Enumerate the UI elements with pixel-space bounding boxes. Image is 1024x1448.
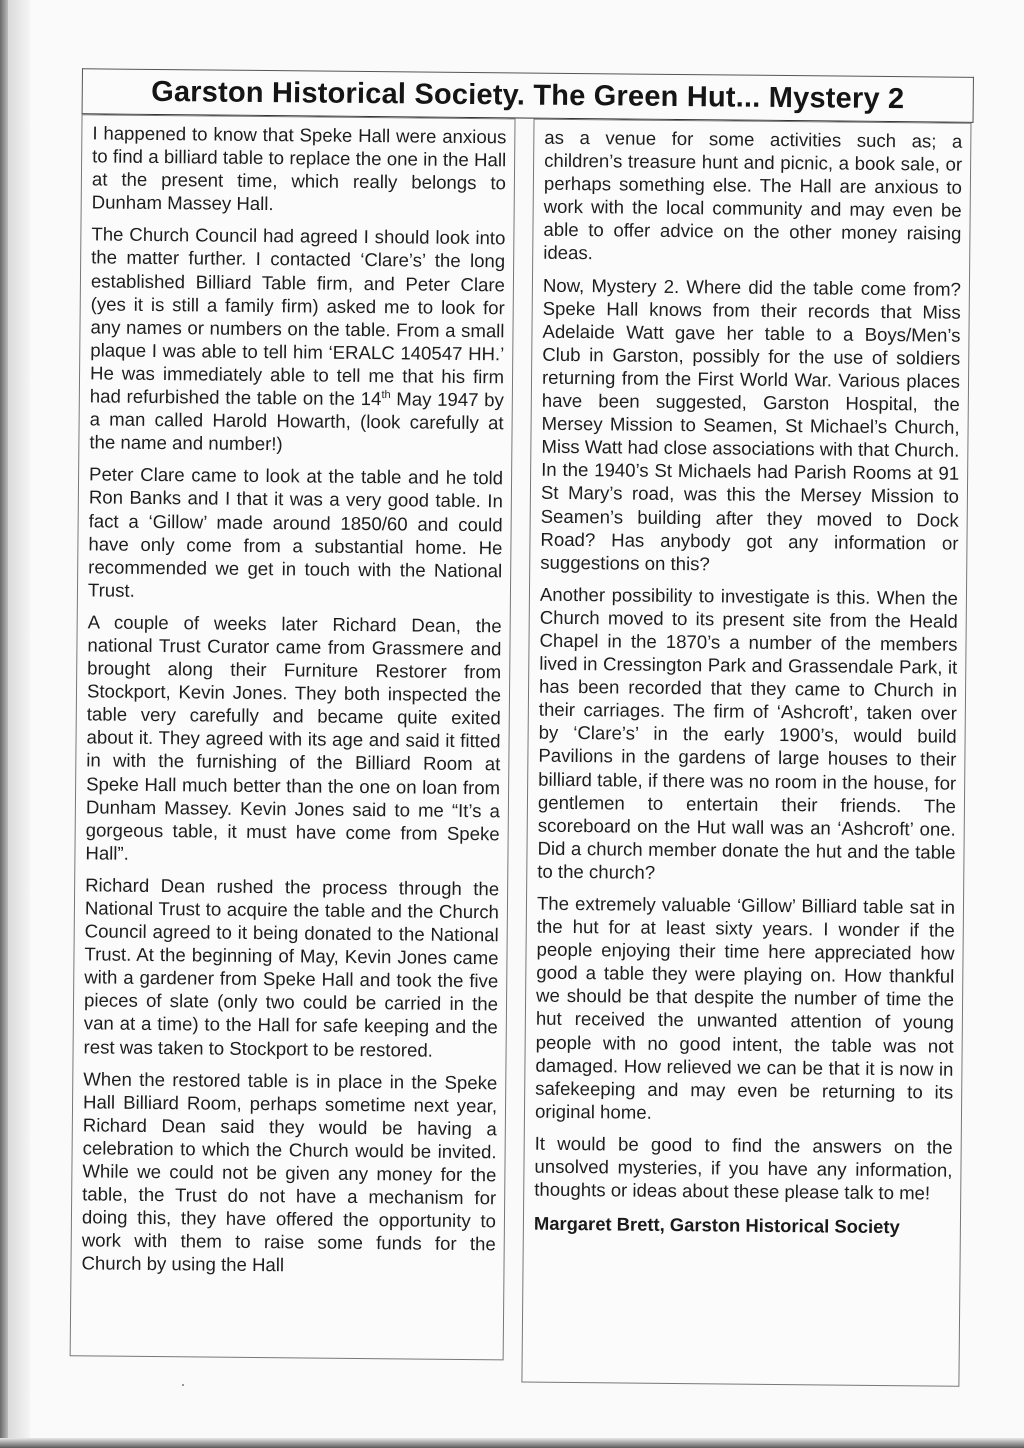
paragraph: Peter Clare came to look at the table an… <box>88 463 503 606</box>
paragraph: Another possibility to investigate is th… <box>537 582 958 886</box>
scan-edge-shadow <box>8 0 30 1448</box>
paragraph: as a venue for some activities such as; … <box>543 126 962 269</box>
paragraph: A couple of weeks later Richard Dean, th… <box>85 610 501 868</box>
paragraph: The Church Council had agreed I should l… <box>89 223 505 458</box>
left-column: I happened to know that Speke Hall were … <box>70 114 516 1360</box>
paragraph: I happened to know that Speke Hall were … <box>92 121 507 217</box>
paragraph: Richard Dean rushed the process through … <box>83 873 499 1062</box>
right-column: as a venue for some activities such as; … <box>521 119 971 1387</box>
author-signature: Margaret Brett, Garston Historical Socie… <box>534 1213 952 1239</box>
paragraph: Now, Mystery 2. Where did the table come… <box>540 273 961 577</box>
ordinal-suffix: th <box>381 389 390 401</box>
scan-edge-bottom <box>0 1438 1024 1448</box>
paragraph: The extremely valuable ‘Gillow’ Billiard… <box>535 892 955 1127</box>
scan-edge-left <box>0 0 8 1448</box>
paragraph: When the restored table is in place in t… <box>81 1067 497 1279</box>
newsletter-article: Garston Historical Society. The Green Hu… <box>41 68 972 1407</box>
paragraph: It would be good to find the answers on … <box>534 1132 953 1205</box>
article-title: Garston Historical Society. The Green Hu… <box>83 75 973 117</box>
paragraph-text: The Church Council had agreed I should l… <box>90 224 506 409</box>
